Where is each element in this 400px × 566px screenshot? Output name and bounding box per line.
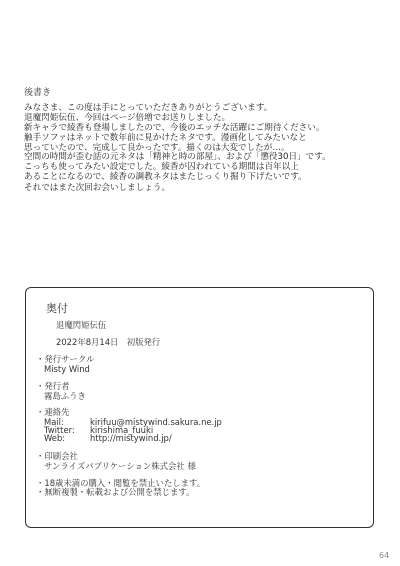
colophon-title: 奥付 xyxy=(46,303,68,315)
afterword-title: 後書き xyxy=(24,88,51,98)
book-title: 退魔閃姫伝伍 xyxy=(56,321,106,330)
printer-label: ・印刷会社 xyxy=(36,452,78,461)
printer-value: サンライズパブリケーション株式会社 様 xyxy=(44,462,196,471)
publisher-label: ・発行者 xyxy=(36,382,70,391)
publisher-value: 霧島ふうき xyxy=(44,392,86,401)
afterword-closing: それではまた次回お会いしましょう。 xyxy=(24,183,170,193)
web-label: Web: xyxy=(44,434,65,443)
web-value: http://mistywind.jp/ xyxy=(90,434,172,443)
contact-label: ・連絡先 xyxy=(36,408,70,417)
colophon-box: 奥付 退魔閃姫伝伍 2022年8月14日 初版発行 ・発行サークル Misty … xyxy=(25,287,374,528)
circle-value: Misty Wind xyxy=(44,365,90,374)
afterword-line: あることになるので、綾香の調教ネタはまたじっくり掘り下げたいです。 xyxy=(24,173,331,183)
circle-label: ・発行サークル xyxy=(36,355,94,364)
afterword-body: みなさま、この度は手にとっていただきありがとうございます。 退魔閃姫伝伍、今回は… xyxy=(24,104,331,183)
page-number: 64 xyxy=(379,551,389,560)
publish-date: 2022年8月14日 初版発行 xyxy=(56,338,160,347)
notice-copyright: ・無断複製・転載および公開を禁じます。 xyxy=(36,488,194,497)
